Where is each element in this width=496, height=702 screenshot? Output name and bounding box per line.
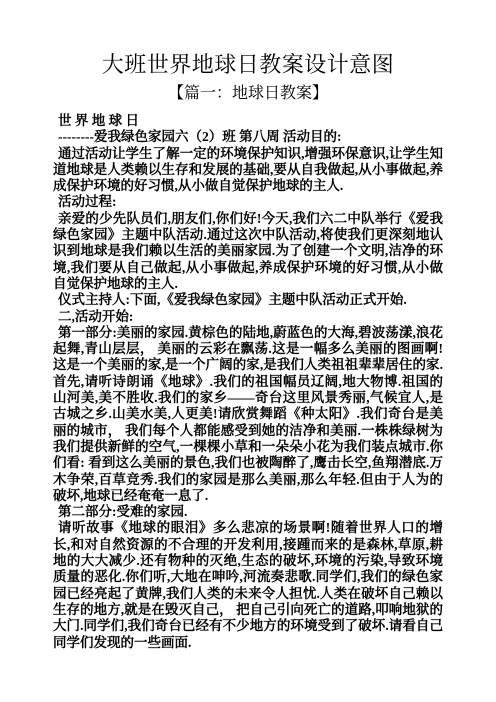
paragraph-part-two-suffering-home: 请听故事《地球的眼泪》多么悲凉的场景啊!随着世界人口的增长,和对自然资源的不合理… bbox=[53, 520, 443, 650]
paragraph-activity-start-heading: 二,活动开始: bbox=[53, 309, 443, 325]
paragraph-part-two-heading: 第二部分:受难的家园. bbox=[53, 504, 443, 520]
document-body: 世 界 地 球 日 --------爱我绿色家园六（2）班 第八周 活动目的: … bbox=[53, 113, 443, 651]
paragraph-host-announcement: 仪式主持人:下面,《爱我绿色家园》主题中队活动正式开始. bbox=[53, 292, 443, 308]
paragraph-class-info: --------爱我绿色家园六（2）班 第八周 活动目的: bbox=[53, 129, 443, 145]
document-title: 大班世界地球日教案设计意图 bbox=[0, 50, 496, 80]
paragraph-activity-goal: 通过活动让学生了解一定的环境保护知识,增强环保意识,让学生知道地球是人类赖以生存… bbox=[53, 146, 443, 195]
paragraph-activity-process-heading: 活动过程: bbox=[53, 194, 443, 210]
document-page: 大班世界地球日教案设计意图 【篇一：地球日教案】 世 界 地 球 日 -----… bbox=[0, 0, 496, 702]
document-subtitle: 【篇一：地球日教案】 bbox=[0, 83, 496, 104]
paragraph-opening-speech: 亲爱的少先队员们,朋友们,你们好!今天,我们六二中队举行《爱我绿色家园》主题中队… bbox=[53, 211, 443, 292]
paragraph-part-one-beautiful-home: 第一部分:美丽的家园.黄棕色的陆地,蔚蓝色的大海,碧波荡漾,浪花起舞,青山层层，… bbox=[53, 325, 443, 504]
paragraph-heading-earth-day: 世 界 地 球 日 bbox=[53, 113, 443, 129]
